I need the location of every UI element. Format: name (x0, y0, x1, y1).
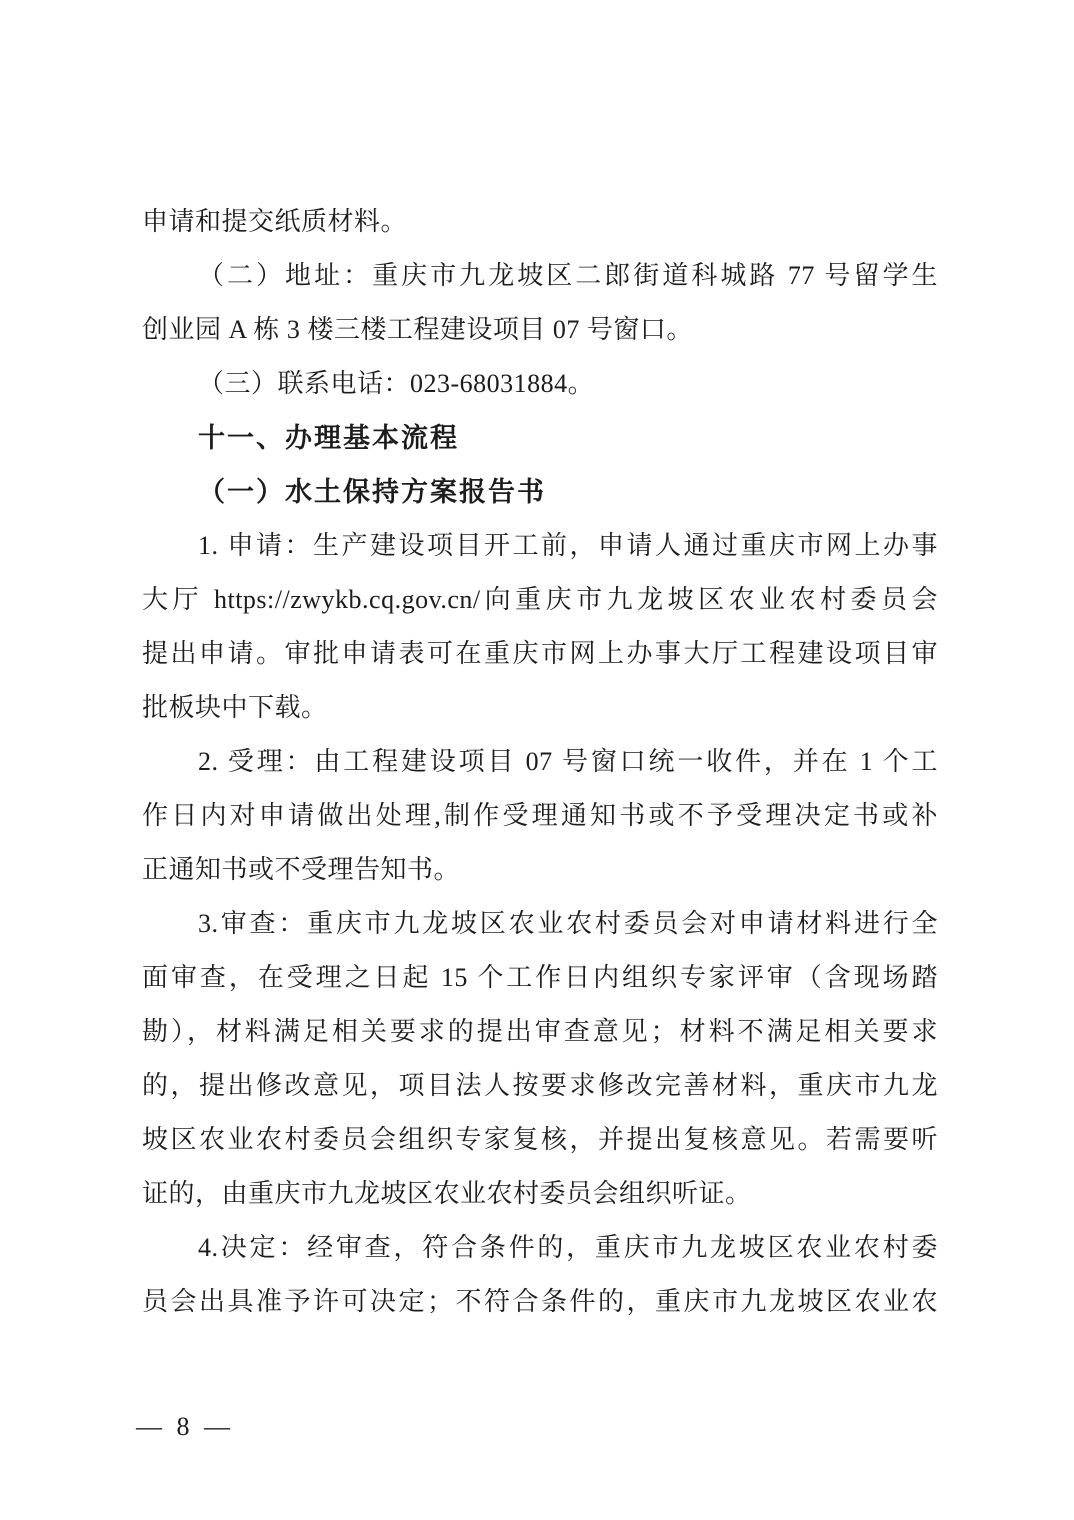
body-line: 员会出具准予许可决定；不符合条件的，重庆市九龙坡区农业农 (142, 1275, 938, 1329)
text-block: 申请和提交纸质材料。 （二）地址：重庆市九龙坡区二郎街道科城路 77 号留学生 … (142, 195, 938, 1329)
body-line: 正通知书或不受理告知书。 (142, 843, 938, 897)
body-line: 申请和提交纸质材料。 (142, 195, 938, 249)
body-line: （二）地址：重庆市九龙坡区二郎街道科城路 77 号留学生 (142, 249, 938, 303)
section-heading: 十一、办理基本流程 (142, 411, 938, 465)
body-line: 的，提出修改意见，项目法人按要求修改完善材料，重庆市九龙 (142, 1059, 938, 1113)
body-line: 坡区农业农村委员会组织专家复核，并提出复核意见。若需要听 (142, 1113, 938, 1167)
body-line: 1. 申请：生产建设项目开工前，申请人通过重庆市网上办事 (142, 519, 938, 573)
body-line: 提出申请。审批申请表可在重庆市网上办事大厅工程建设项目审 (142, 627, 938, 681)
body-line: 批板块中下载。 (142, 681, 938, 735)
document-page: 申请和提交纸质材料。 （二）地址：重庆市九龙坡区二郎街道科城路 77 号留学生 … (0, 0, 1074, 1520)
body-line: 作日内对申请做出处理,制作受理通知书或不予受理决定书或补 (142, 789, 938, 843)
body-line: 2. 受理：由工程建设项目 07 号窗口统一收件，并在 1 个工 (142, 735, 938, 789)
body-line: 大厅 https://zwykb.cq.gov.cn/向重庆市九龙坡区农业农村委… (142, 573, 938, 627)
page-number: — 8 — (136, 1400, 234, 1454)
body-line: 创业园 A 栋 3 楼三楼工程建设项目 07 号窗口。 (142, 303, 938, 357)
subsection-heading: （一）水土保持方案报告书 (142, 465, 938, 519)
body-line: 3.审查：重庆市九龙坡区农业农村委员会对申请材料进行全 (142, 897, 938, 951)
body-line: 勘），材料满足相关要求的提出审查意见；材料不满足相关要求 (142, 1005, 938, 1059)
body-line: 证的，由重庆市九龙坡区农业农村委员会组织听证。 (142, 1167, 938, 1221)
body-line: 4.决定：经审查，符合条件的，重庆市九龙坡区农业农村委 (142, 1221, 938, 1275)
body-line: （三）联系电话：023-68031884。 (142, 357, 938, 411)
body-line: 面审查，在受理之日起 15 个工作日内组织专家评审（含现场踏 (142, 951, 938, 1005)
